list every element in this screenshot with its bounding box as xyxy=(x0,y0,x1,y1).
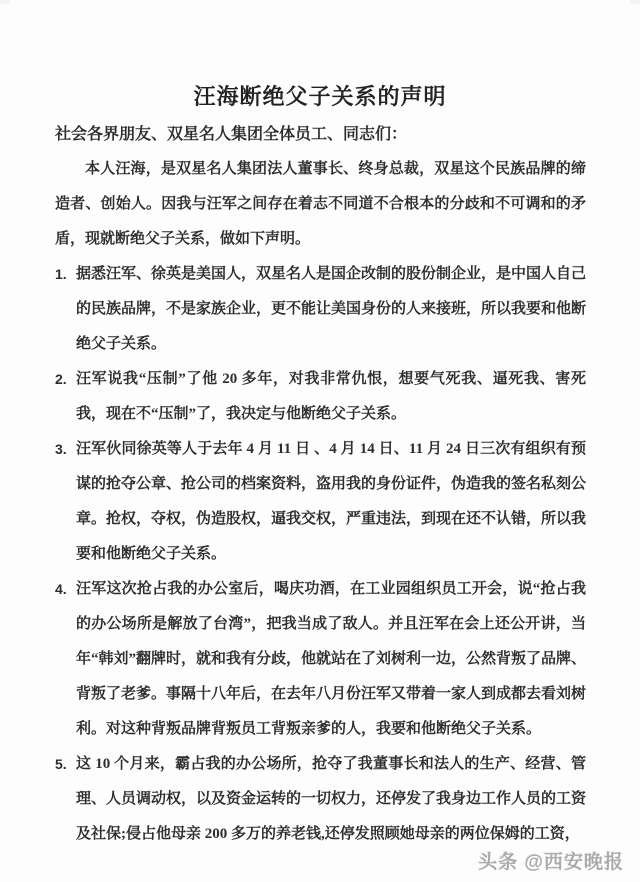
statement-item-2: 2. 汪军说我“压制”了他 20 多年，对我非常仇恨，想要气死我、逼死我、害死我… xyxy=(55,362,586,432)
item-number: 4. xyxy=(55,572,76,607)
document-body: 社会各界朋友、双星名人集团全体员工、同志们： 本人汪海，是双星名人集团法人董事长… xyxy=(0,117,640,852)
item-text: 汪军说我“压制”了他 20 多年，对我非常仇恨，想要气死我、逼死我、害死我，现在… xyxy=(76,362,586,432)
item-number: 5. xyxy=(55,747,76,782)
document-page: 汪海断绝父子关系的声明 社会各界朋友、双星名人集团全体员工、同志们： 本人汪海，… xyxy=(0,0,640,882)
news-watermark: 头条 @西安晚报 xyxy=(478,847,624,874)
scan-artifact-left xyxy=(0,0,10,4)
statement-item-4: 4. 汪军这次抢占我的办公室后，喝庆功酒，在工业园组织员工开会，说“抢占我的办公… xyxy=(55,572,586,747)
item-text: 汪军这次抢占我的办公室后，喝庆功酒，在工业园组织员工开会，说“抢占我的办公场所是… xyxy=(76,572,586,747)
intro-paragraph: 本人汪海，是双星名人集团法人董事长、终身总裁，双星这个民族品牌的缔造者、创始人。… xyxy=(55,152,586,257)
salutation: 社会各界朋友、双星名人集团全体员工、同志们： xyxy=(55,117,586,152)
item-number: 2. xyxy=(55,362,76,397)
statement-list: 1. 据悉汪军、徐英是美国人，双星名人是国企改制的股份制企业，是中国人自己的民族… xyxy=(55,257,586,852)
statement-item-5: 5. 这 10 个月来，霸占我的办公场所，抢夺了我董事长和法人的生产、经营、管理… xyxy=(55,747,586,852)
item-text: 据悉汪军、徐英是美国人，双星名人是国企改制的股份制企业，是中国人自己的民族品牌，… xyxy=(76,257,586,362)
document-title: 汪海断绝父子关系的声明 xyxy=(0,80,640,111)
item-number: 1. xyxy=(55,257,76,292)
statement-item-1: 1. 据悉汪军、徐英是美国人，双星名人是国企改制的股份制企业，是中国人自己的民族… xyxy=(55,257,586,362)
item-text: 这 10 个月来，霸占我的办公场所，抢夺了我董事长和法人的生产、经营、管理、人员… xyxy=(76,747,586,852)
item-number: 3. xyxy=(55,432,76,467)
statement-item-3: 3. 汪军伙同徐英等人于去年 4 月 11 日 、4 月 14 日、11 月 2… xyxy=(55,432,586,572)
item-text: 汪军伙同徐英等人于去年 4 月 11 日 、4 月 14 日、11 月 24 日… xyxy=(76,432,586,572)
scan-artifact-right xyxy=(630,0,640,4)
